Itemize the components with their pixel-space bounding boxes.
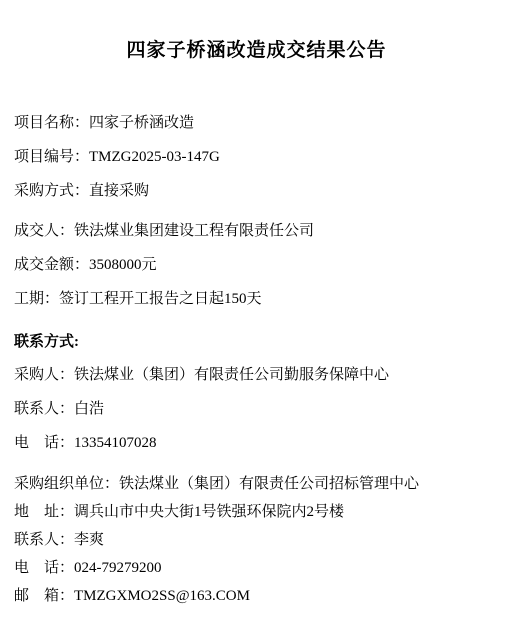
procurement-method-line: 采购方式：直接采购 (14, 174, 499, 208)
project-number-line: 项目编号：TMZG2025-03-147G (14, 140, 499, 174)
organizer-contact-value: 李爽 (74, 532, 104, 548)
organizer-address-label: 地 址： (14, 504, 74, 520)
organizer-address-value: 调兵山市中央大街1号铁强环保院内2号楼 (74, 504, 344, 520)
duration-label: 工期： (14, 291, 59, 307)
organizer-email-value: TMZGXMO2SS@163.COM (74, 588, 250, 604)
purchaser-phone-line: 电 话：13354107028 (14, 426, 499, 460)
purchaser-org-line: 采购人：铁法煤业（集团）有限责任公司勤服务保障中心 (14, 358, 499, 392)
project-number-value: TMZG2025-03-147G (89, 149, 220, 165)
procurement-method-label: 采购方式： (14, 183, 89, 199)
organizer-phone-line: 电 话：024-79279200 (14, 554, 499, 582)
duration-line: 工期：签订工程开工报告之日起150天 (14, 282, 499, 316)
page-title: 四家子桥涵改造成交结果公告 (14, 38, 499, 64)
winner-line: 成交人：铁法煤业集团建设工程有限责任公司 (14, 214, 499, 248)
amount-label: 成交金额： (14, 257, 89, 273)
organizer-phone-label: 电 话： (14, 560, 74, 576)
purchaser-org-value: 铁法煤业（集团）有限责任公司勤服务保障中心 (74, 367, 389, 383)
amount-value: 3508000元 (89, 257, 157, 273)
purchaser-contact-line: 联系人：白浩 (14, 392, 499, 426)
procurement-method-value: 直接采购 (89, 183, 149, 199)
winner-label: 成交人： (14, 223, 74, 239)
organizer-org-line: 采购组织单位：铁法煤业（集团）有限责任公司招标管理中心 (14, 470, 499, 498)
organizer-org-value: 铁法煤业（集团）有限责任公司招标管理中心 (119, 476, 419, 492)
organizer-address-line: 地 址：调兵山市中央大街1号铁强环保院内2号楼 (14, 498, 499, 526)
duration-value: 签订工程开工报告之日起150天 (59, 291, 262, 307)
project-name-label: 项目名称： (14, 115, 89, 131)
contact-heading: 联系方式: (14, 326, 499, 358)
organizer-phone-value: 024-79279200 (74, 560, 162, 576)
winner-value: 铁法煤业集团建设工程有限责任公司 (74, 223, 314, 239)
deal-info-section: 成交人：铁法煤业集团建设工程有限责任公司 成交金额：3508000元 工期：签订… (14, 214, 499, 316)
purchaser-phone-label: 电 话： (14, 435, 74, 451)
organizer-contact-line: 联系人：李爽 (14, 526, 499, 554)
organizer-contact-label: 联系人： (14, 532, 74, 548)
announcement-page: 四家子桥涵改造成交结果公告 项目名称：四家子桥涵改造 项目编号：TMZG2025… (0, 0, 513, 639)
organizer-contact-section: 采购组织单位：铁法煤业（集团）有限责任公司招标管理中心 地 址：调兵山市中央大街… (14, 470, 499, 610)
project-name-value: 四家子桥涵改造 (89, 115, 194, 131)
organizer-email-line: 邮 箱：TMZGXMO2SS@163.COM (14, 582, 499, 610)
organizer-email-label: 邮 箱： (14, 588, 74, 604)
project-number-label: 项目编号： (14, 149, 89, 165)
purchaser-contact-value: 白浩 (74, 401, 104, 417)
organizer-org-label: 采购组织单位： (14, 476, 119, 492)
purchaser-org-label: 采购人： (14, 367, 74, 383)
purchaser-contact-label: 联系人： (14, 401, 74, 417)
project-info-section: 项目名称：四家子桥涵改造 项目编号：TMZG2025-03-147G 采购方式：… (14, 106, 499, 208)
purchaser-contact-section: 联系方式: 采购人：铁法煤业（集团）有限责任公司勤服务保障中心 联系人：白浩 电… (14, 326, 499, 460)
purchaser-phone-value: 13354107028 (74, 435, 157, 451)
amount-line: 成交金额：3508000元 (14, 248, 499, 282)
project-name-line: 项目名称：四家子桥涵改造 (14, 106, 499, 140)
